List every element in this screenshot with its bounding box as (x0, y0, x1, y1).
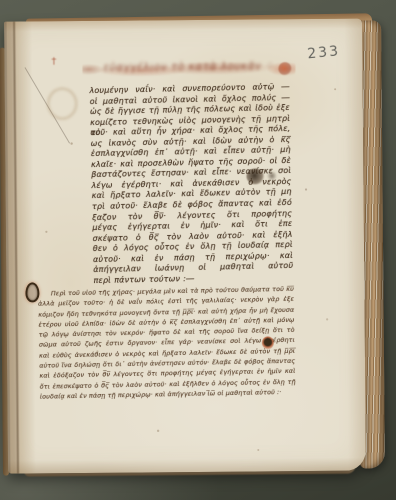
rubric-smudged-title: εὐαγγέλιον τὸ κατὰ λουκᾶν ⁘ (82, 60, 295, 74)
manuscript-page: 233 † εὐαγγέλιον τὸ κατὰ λουκᾶν ⁘ λουμέν… (4, 19, 366, 474)
margin-stain (47, 87, 78, 120)
foxing-specks (4, 22, 5, 23)
gospel-text-block: λουμένην ναΐν· καὶ συνεπορεύοντο αὐτῷ ―ο… (89, 82, 293, 287)
marginal-seal-ornament (262, 336, 274, 349)
ink-blot (246, 168, 264, 184)
rubric-flourish-icon (278, 62, 291, 75)
manuscript-codex: 233 † εὐαγγέλιον τὸ κατὰ λουκᾶν ⁘ λουμέν… (2, 10, 386, 479)
photo-background: 233 † εὐαγγέλιον τὸ κατὰ λουκᾶν ⁘ λουμέν… (0, 0, 396, 500)
rubric-title-band: εὐαγγέλιον τὸ κατὰ λουκᾶν ⁘ (82, 56, 295, 81)
commentary-block: Περὶ τοῦ υἱοῦ τῆς χήρας· μεγάλα μὲν καὶ … (38, 284, 296, 402)
ink-blot-faint (266, 171, 277, 180)
rubric-cross-icon: † (51, 56, 56, 67)
folio-number: 233 (307, 43, 341, 62)
gutter-shadow (4, 21, 36, 473)
